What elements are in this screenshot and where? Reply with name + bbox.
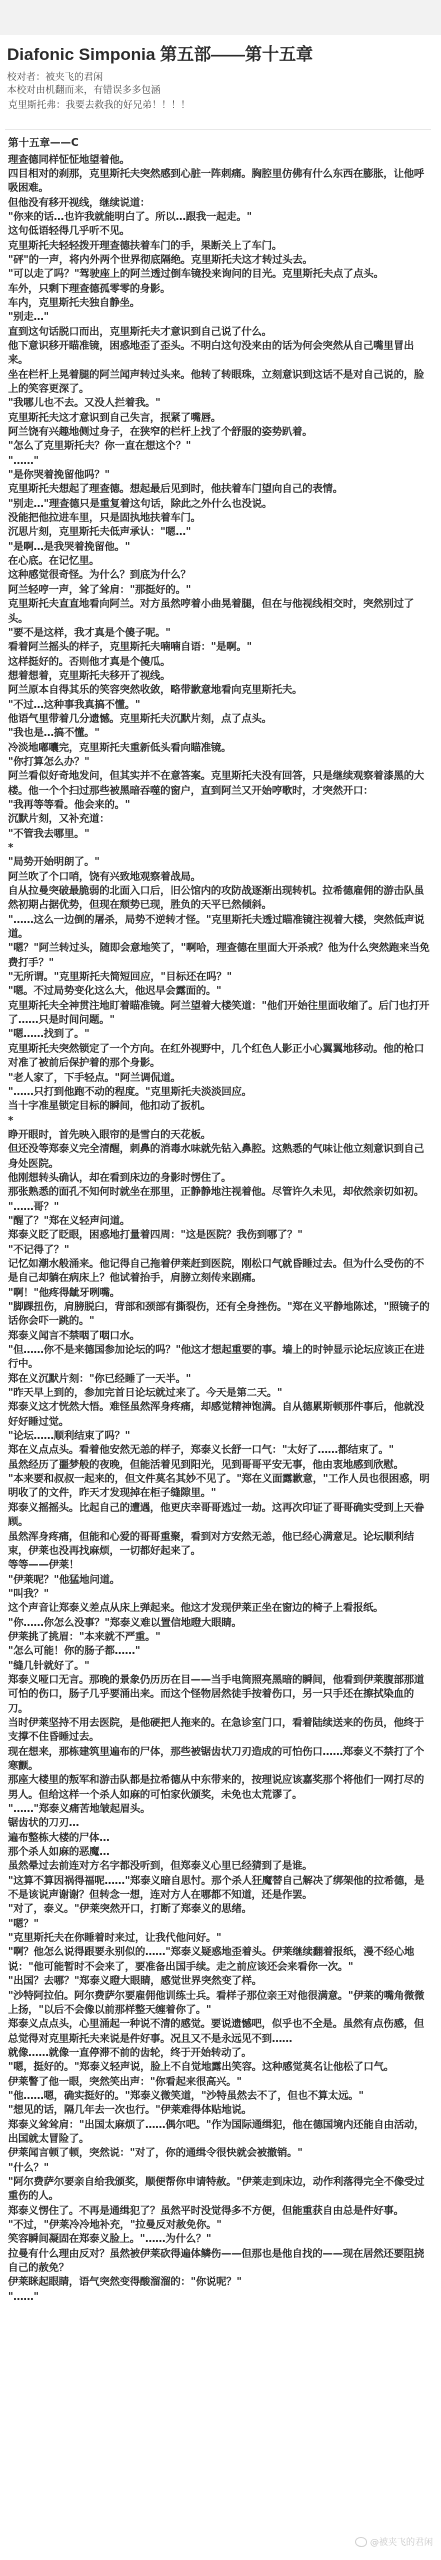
paragraph: "他……嗯，确实挺好的。"郑泰义微笑道，"沙特虽然去不了，但也不算太远。"	[8, 2089, 432, 2103]
paragraph: "你打算怎么办？"	[8, 755, 432, 769]
paragraph: "啊？他怎么说得跟要永别似的……"郑泰义疑惑地歪着头。伊莱继续翻着报纸，漫不经心…	[8, 1945, 432, 1974]
chapter-heading: 第十五章——C	[8, 136, 432, 151]
paragraph: 郑泰义点点头，心里涌起一种说不清的感觉。要说遗憾吧，似乎也不全是。虽然有点伤感，…	[8, 2017, 432, 2046]
watermark-text: @被夹飞的君闲	[370, 2535, 433, 2548]
paragraph: 郑泰义这才恍然大悟。难怪虽然浑身疼痛，却感觉精神饱满。自从德累斯顿那件事后，他就…	[8, 1400, 432, 1429]
paragraph: 郑在义沉默片刻："你已经睡了一天半。"	[8, 1372, 432, 1386]
paragraph: 克里斯托夫想起了理查德。想起最后见到时，他扶着车门望向自己的表情。	[8, 482, 432, 496]
disclaimer-line: 本校对由机翻而来，有错误多多包涵	[7, 85, 434, 98]
paragraph: 这个声音让郑泰义差点从床上弹起来。他这才发现伊莱正坐在窗边的椅子上看报纸。	[8, 1601, 432, 1615]
paragraph: "怎么可能！你的肠子都……"	[8, 1644, 432, 1658]
paragraph: "克里斯托夫在你睡着时来过，让我代他问好。"	[8, 1931, 432, 1945]
paragraph: 坐在栏杆上晃着腿的阿兰闻声转过头来。他转了转眼珠，立刻意识到这话不是对自己说的，…	[8, 368, 432, 397]
paragraph: 锯齿状的刀刃…	[8, 1816, 432, 1830]
paragraph: "嗯？"	[8, 1917, 432, 1931]
paragraph: 等等——伊莱！	[8, 1558, 432, 1572]
paragraph: 现在想来，那栋建筑里遍布的尸体，那些被锯齿状刀刃造成的可怕伤口……郑泰义不禁打了…	[8, 1745, 432, 1774]
paragraph: 这样挺好的。否则他才真是个傻瓜。	[8, 655, 432, 669]
paragraph: 理查德同样怔怔地望着他。	[8, 153, 432, 167]
paragraph: "但……你不是来德国参加论坛的吗？"他这才想起重要的事。墙上的时钟显示论坛应该正…	[8, 1343, 432, 1372]
paragraph: "不过，"伊莱冷冷地补充，"拉曼反对赦免你。"	[8, 2218, 432, 2232]
paragraph: 笑容瞬间凝固在郑泰义脸上。"……为什么？"	[8, 2232, 432, 2246]
paragraph: "想见的话，隔几年去一次也行。"伊莱难得体贴地说。	[8, 2103, 432, 2117]
paragraph: 当时伊莱坚持不用去医院，是他硬把人拖来的。在急诊室门口，看着陆续送来的伤员，他终…	[8, 1716, 432, 1745]
paragraph: 他语气里带着几分遗憾。克里斯托夫沉默片刻，点了点头。	[8, 712, 432, 726]
paragraph: "……"郑泰义痛苦地皱起眉头。	[8, 1802, 432, 1816]
paragraph: 沉思片刻，克里斯托夫低声承认："嗯…"	[8, 525, 432, 539]
paragraph: "我哪儿也不去。又没人拦着我。"	[8, 396, 432, 410]
paragraph: "论坛……顺利结束了吗？"	[8, 1429, 432, 1443]
paragraph: "局势开始明朗了。"	[8, 855, 432, 869]
paragraph: "这算不算因祸得福呢……"郑泰义暗自思忖。那个杀人狂魔替自己解决了绑架他的拉希德…	[8, 1874, 432, 1903]
paragraph: "……这么一边倒的屠杀，局势不逆转才怪。"克里斯托夫透过瞄准镜注视着大楼，突然低…	[8, 913, 432, 942]
paragraph: 那座大楼里的叛军和游击队都是拉希德从中东带来的，按理说应该嘉奖那个将他们一网打尽…	[8, 1773, 432, 1802]
paragraph: 克里斯托夫突然锁定了一个方向。在红外视野中，几个红色人影正小心翼翼地移动。他的枪…	[8, 1042, 432, 1071]
paragraph: 伊莱眯起眼睛，语气突然变得酸溜溜的："你说呢？"	[8, 2275, 432, 2289]
paragraph: "无所谓。"克里斯托夫简短回应，"目标还在吗？"	[8, 970, 432, 984]
paragraph: 郑泰义耸耸肩："出国太麻烦了……偶尔吧。"作为国际通缉犯，他在德国境内还能自由活…	[8, 2118, 432, 2147]
paragraph: 郑在义点点头。看着他安然无恙的样子，郑泰义长舒一口气："太好了……都结束了。"	[8, 1443, 432, 1457]
paragraph: 阿兰饶有兴趣地侧过身子，在狭窄的栏杆上找了个舒服的姿势趴着。	[8, 425, 432, 439]
paragraph-list: 理查德同样怔怔地望着他。四目相对的刹那，克里斯托夫突然感到心脏一阵刺痛。胸腔里仿…	[8, 153, 432, 2305]
paragraph: "你……你怎么没事？"郑泰义难以置信地瞪大眼睛。	[8, 1616, 432, 1630]
scene-break: *	[8, 1114, 432, 1128]
paragraph: "是你哭着挽留他吗？"	[8, 468, 432, 482]
paragraph: "不管我去哪里。"	[8, 827, 432, 841]
paragraph: "砰"的一声，将内外两个世界彻底隔绝。克里斯托夫这才转过头去。	[8, 253, 432, 267]
paragraph: 但还没等郑泰义完全清醒，刺鼻的消毒水味就先钻入鼻腔。这熟悉的气味让他立刻意识到自…	[8, 1142, 432, 1171]
paragraph: "伊莱呢？"他猛地问道。	[8, 1573, 432, 1587]
article-header: Diafonic Simponia 第五部——第十五章 校对者：被夹飞的君闲 本…	[0, 35, 441, 113]
paragraph: 虽然经历了噩梦般的夜晚，但能活着见到阳光，见到哥哥平安无事，他由衷地感到欣慰。	[8, 1458, 432, 1472]
paragraph: "……"	[8, 2290, 432, 2304]
paragraph: 冷淡地嘟囔完，克里斯托夫重新低头看向瞄准镜。	[8, 741, 432, 755]
paragraph: 拉曼有什么理由反对？虽然被伊莱砍得遍体鳞伤——但那也是他自找的——现在居然还要阻…	[8, 2247, 432, 2276]
paragraph: "是啊…是我哭着挽留他。"	[8, 540, 432, 554]
paragraph: "本来要和叔叔一起来的，但文件莫名其妙不见了。"郑在义面露歉意，"工作人员也很困…	[8, 1472, 432, 1501]
paragraph: 阿兰原本自得其乐的笑容突然收敛，略带歉意地看向克里斯托夫。	[8, 683, 432, 697]
paragraph: "不过…这种事我真搞不懂。"	[8, 698, 432, 712]
paragraph: 郑泰义愣住了。不再是通缉犯了？虽然平时没觉得多不方便，但能重获自由总是件好事。	[8, 2204, 432, 2218]
paragraph: 但他没有移开视线，继续说道：	[8, 196, 432, 210]
paragraph: "对了，泰义。"伊莱突然开口，打断了郑泰义的思绪。	[8, 1902, 432, 1916]
paragraph: "啊！"他疼得龇牙咧嘴。	[8, 1286, 432, 1300]
paragraph: 克里斯托夫轻轻拨开理查德扶着车门的手，果断关上了车门。	[8, 239, 432, 253]
paragraph: 没能把他拉进车里，只是固执地扶着车门。	[8, 511, 432, 525]
paragraph: "阿尔费萨尔要亲自给我颁奖，顺便帮你申请特赦。"伊莱走到床边，动作利落得完全不像…	[8, 2175, 432, 2204]
watermark: @被夹飞的君闲	[355, 2535, 433, 2548]
paragraph: "怎么了克里斯托夫？你一直在想这个？"	[8, 439, 432, 453]
paragraph: "昨天早上到的，参加完首日论坛就过来了。今天是第二天。"	[8, 1386, 432, 1400]
paragraph: "要不是这样，我才真是个傻子呢。"	[8, 626, 432, 640]
paragraph: 阿兰轻哼一声，耸了耸肩："那挺好的。"	[8, 583, 432, 597]
paragraph: "可以走了吗？"驾驶座上的阿兰透过倒车镜投来询问的目光。克里斯托夫点了点头。	[8, 267, 432, 281]
page-title: Diafonic Simponia 第五部——第十五章	[7, 44, 434, 66]
paragraph: 睁开眼时，首先映入眼帘的是雪白的天花板。	[8, 1128, 432, 1142]
paragraph: 阿兰吹了个口哨，饶有兴致地观察着战局。	[8, 870, 432, 884]
paragraph: "嗯。不过局势变化这么大，他迟早会露面的。"	[8, 984, 432, 998]
paragraph: 四目相对的刹那，克里斯托夫突然感到心脏一阵刺痛。胸腔里仿佛有什么东西在膨胀，让他…	[8, 167, 432, 196]
paragraph: 那个杀人如麻的恶魔…	[8, 1845, 432, 1859]
paragraph: 车外，只剩下理查德孤零零的身影。	[8, 282, 432, 296]
paragraph: "我再等等看。他会来的。"	[8, 798, 432, 812]
paragraph: "别走…"理查德只是重复着这句话，除此之外什么也没说。	[8, 497, 432, 511]
paragraph: "你来的话…也许我就能明白了。所以…跟我一起走。"	[8, 210, 432, 224]
paragraph: 车内，克里斯托夫独自静坐。	[8, 296, 432, 310]
paragraph: "……"	[8, 454, 432, 468]
paragraph: "……只打到他跑不动的程度。"克里斯托夫淡淡回应。	[8, 1085, 432, 1099]
paragraph: 伊莱挑了挑眉："本来就不严重。"	[8, 1630, 432, 1644]
weibo-icon	[355, 2537, 367, 2547]
chapter-body: 第十五章——C 理查德同样怔怔地望着他。四目相对的刹那，克里斯托夫突然感到心脏一…	[0, 130, 441, 2305]
paragraph: "我也是…搞不懂。"	[8, 726, 432, 740]
paragraph: 虽然晕过去前连对方名字都没听到，但郑泰义心里已经猜到了是谁。	[8, 1859, 432, 1873]
paragraph: "别走…"	[8, 310, 432, 324]
paragraph: 在心底。在记忆里。	[8, 554, 432, 568]
paragraph: "沙特阿拉伯。阿尔费萨尔要雇佣他训练士兵。看样子那位亲王对他很满意。"伊莱的嘴角…	[8, 1989, 432, 2018]
paragraph: 虽然浑身疼痛，但能和心爱的哥哥重聚，看到对方安然无恙，他已经心满意足。论坛顺利结…	[8, 1530, 432, 1559]
paragraph: 克里斯托夫这才意识到自己失言，抿紧了嘴唇。	[8, 411, 432, 425]
paragraph: 自从拉曼突破最脆弱的北面入口后，旧公馆内的攻防战逐渐出现转机。拉希德雇佣的游击队…	[8, 884, 432, 913]
paragraph: 他刚想转头确认，却在看到床边的身影时愣住了。	[8, 1171, 432, 1185]
paragraph: 伊莱闻言顿了顿，突然说："对了，你的通缉令很快就会被撤销。"	[8, 2146, 432, 2160]
paragraph: "不记得了？"	[8, 1243, 432, 1257]
paragraph: 直到这句话脱口而出，克里斯托夫才意识到自己说了什么。	[8, 325, 432, 339]
paragraph: "……哥？"	[8, 1200, 432, 1214]
paragraph: 那张熟悉的面孔不知何时就坐在那里，正静静地注视着他。尽管许久未见，却依然亲切如初…	[8, 1185, 432, 1199]
paragraph: 记忆如潮水般涌来。他记得自己拖着伊莱赶到医院，刚松口气就昏睡过去。但为什么受伤的…	[8, 1257, 432, 1286]
paragraph: 这句低语轻得几乎听不见。	[8, 224, 432, 238]
paragraph: "醒了？"郑在义轻声问道。	[8, 1214, 432, 1228]
paragraph: "嗯，挺好的。"郑泰义轻声说，脸上不自觉地露出笑容。这种感觉莫名让他松了口气。	[8, 2060, 432, 2074]
paragraph: "缝几针就好了。"	[8, 1659, 432, 1673]
paragraph: 看着阿兰摇头的样子，克里斯托夫喃喃自语："是啊。"	[8, 640, 432, 654]
top-bar	[0, 0, 441, 35]
paragraph: 郑泰义闻言不禁咽了咽口水。	[8, 1329, 432, 1343]
paragraph: "出国？去哪？"郑泰义瞪大眼睛，感觉世界突然变了样。	[8, 1974, 432, 1988]
paragraph: "嗯？"阿兰转过头，随即会意地笑了，"啊哈，理查德在里面大开杀戒？他为什么突然跑…	[8, 941, 432, 970]
paragraph: 沉默片刻，又补充道：	[8, 812, 432, 826]
paragraph: 克里斯托夫全神贯注地盯着瞄准镜。阿兰望着大楼笑道："他们开始往里面收缩了。后门也…	[8, 999, 432, 1028]
paragraph: 郑泰义眨了眨眼，困惑地打量着四周："这是医院？我伤到哪了？"	[8, 1228, 432, 1242]
paragraph: 阿兰看似好奇地发问，但其实并不在意答案。克里斯托夫没有回答，只是继续观察着漆黑的…	[8, 769, 432, 798]
paragraph: 想着想着，克里斯托夫移开了视线。	[8, 669, 432, 683]
paragraph: 他下意识移开瞄准镜，困惑地歪了歪头。不明白这句没来由的话为何会突然从自己嘴里冒出…	[8, 339, 432, 368]
paragraph: 伊莱瞥了他一眼，突然笑出声："你看起来很高兴。"	[8, 2075, 432, 2089]
paragraph: 就像……就像一直停滞不前的齿轮，终于开始转动了。	[8, 2046, 432, 2060]
paragraph: "什么？"	[8, 2161, 432, 2175]
paragraph: "老人家了，下手轻点。"阿兰调侃道。	[8, 1071, 432, 1085]
paragraph: 遍布整栋大楼的尸体…	[8, 1831, 432, 1845]
paragraph: 郑泰义哑口无言。那晚的景象仍历历在目——当手电筒照亮黑暗的瞬间，他看到伊莱腹部那…	[8, 1673, 432, 1716]
paragraph: 这种感觉很奇怪。为什么？到底为什么？	[8, 568, 432, 582]
header-quote: 克里斯托弗：我要去救我的好兄弟！！！！	[7, 100, 434, 113]
paragraph: "嗯……找到了。"	[8, 1027, 432, 1041]
paragraph: 克里斯托夫直直地看向阿兰。对方虽然哼着小曲晃着腿，但在与他视线相交时，突然别过了…	[8, 597, 432, 626]
scene-break: *	[8, 841, 432, 855]
proofreader-line: 校对者：被夹飞的君闲	[7, 72, 434, 85]
paragraph: 当十字准星锁定目标的瞬间，他扣动了扳机。	[8, 1099, 432, 1113]
paragraph: "叫我？"	[8, 1587, 432, 1601]
paragraph: "脚踝扭伤，肩膀脱臼，背部和颈部有撕裂伤，还有全身挫伤。"郑在义平静地陈述，"照…	[8, 1300, 432, 1329]
paragraph: 郑泰义摇摇头。比起自己的遭遇，他更庆幸哥哥逃过一劫。这再次印证了哥哥确实受到上天…	[8, 1501, 432, 1530]
